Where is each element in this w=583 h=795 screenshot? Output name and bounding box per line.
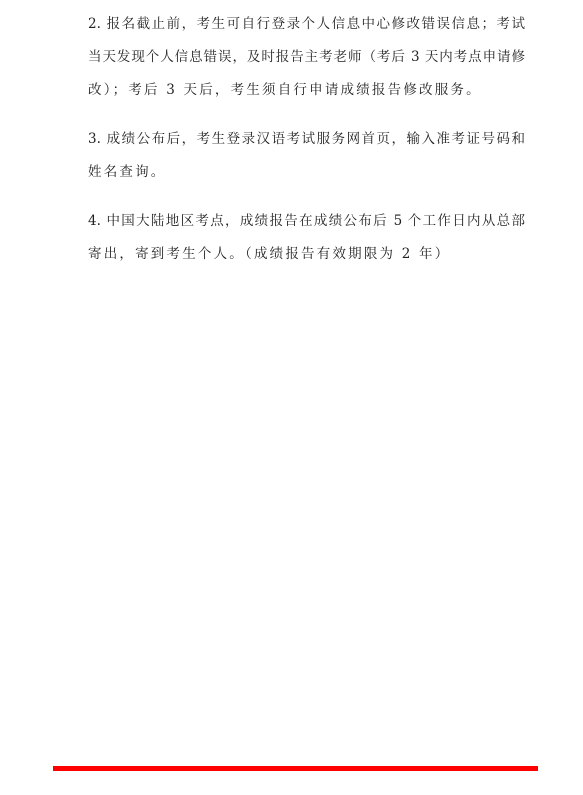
text-line: 4. 中国大陆地区考点，成绩报告在成绩公布后 5 个工作日内从总部	[88, 205, 525, 238]
paragraph-3: 3. 成绩公布后，考生登录汉语考试服务网首页，输入准考证号码和 姓名查询。	[88, 123, 525, 189]
paragraph-4: 4. 中国大陆地区考点，成绩报告在成绩公布后 5 个工作日内从总部 寄出，寄到考…	[88, 205, 525, 271]
document-body: 2. 报名截止前，考生可自行登录个人信息中心修改错误信息；考试 当天发现个人信息…	[88, 8, 525, 287]
footer-red-rule	[53, 766, 538, 771]
text-line: 当天发现个人信息错误，及时报告主考老师（考后 3 天内考点申请修	[88, 41, 525, 74]
text-line: 3. 成绩公布后，考生登录汉语考试服务网首页，输入准考证号码和	[88, 123, 525, 156]
text-line: 姓名查询。	[88, 156, 525, 189]
paragraph-2: 2. 报名截止前，考生可自行登录个人信息中心修改错误信息；考试 当天发现个人信息…	[88, 8, 525, 107]
text-line: 改）；考后 3 天后，考生须自行申请成绩报告修改服务。	[88, 74, 525, 107]
text-line: 2. 报名截止前，考生可自行登录个人信息中心修改错误信息；考试	[88, 8, 525, 41]
text-line: 寄出，寄到考生个人。（成绩报告有效期限为 2 年）	[88, 238, 525, 271]
